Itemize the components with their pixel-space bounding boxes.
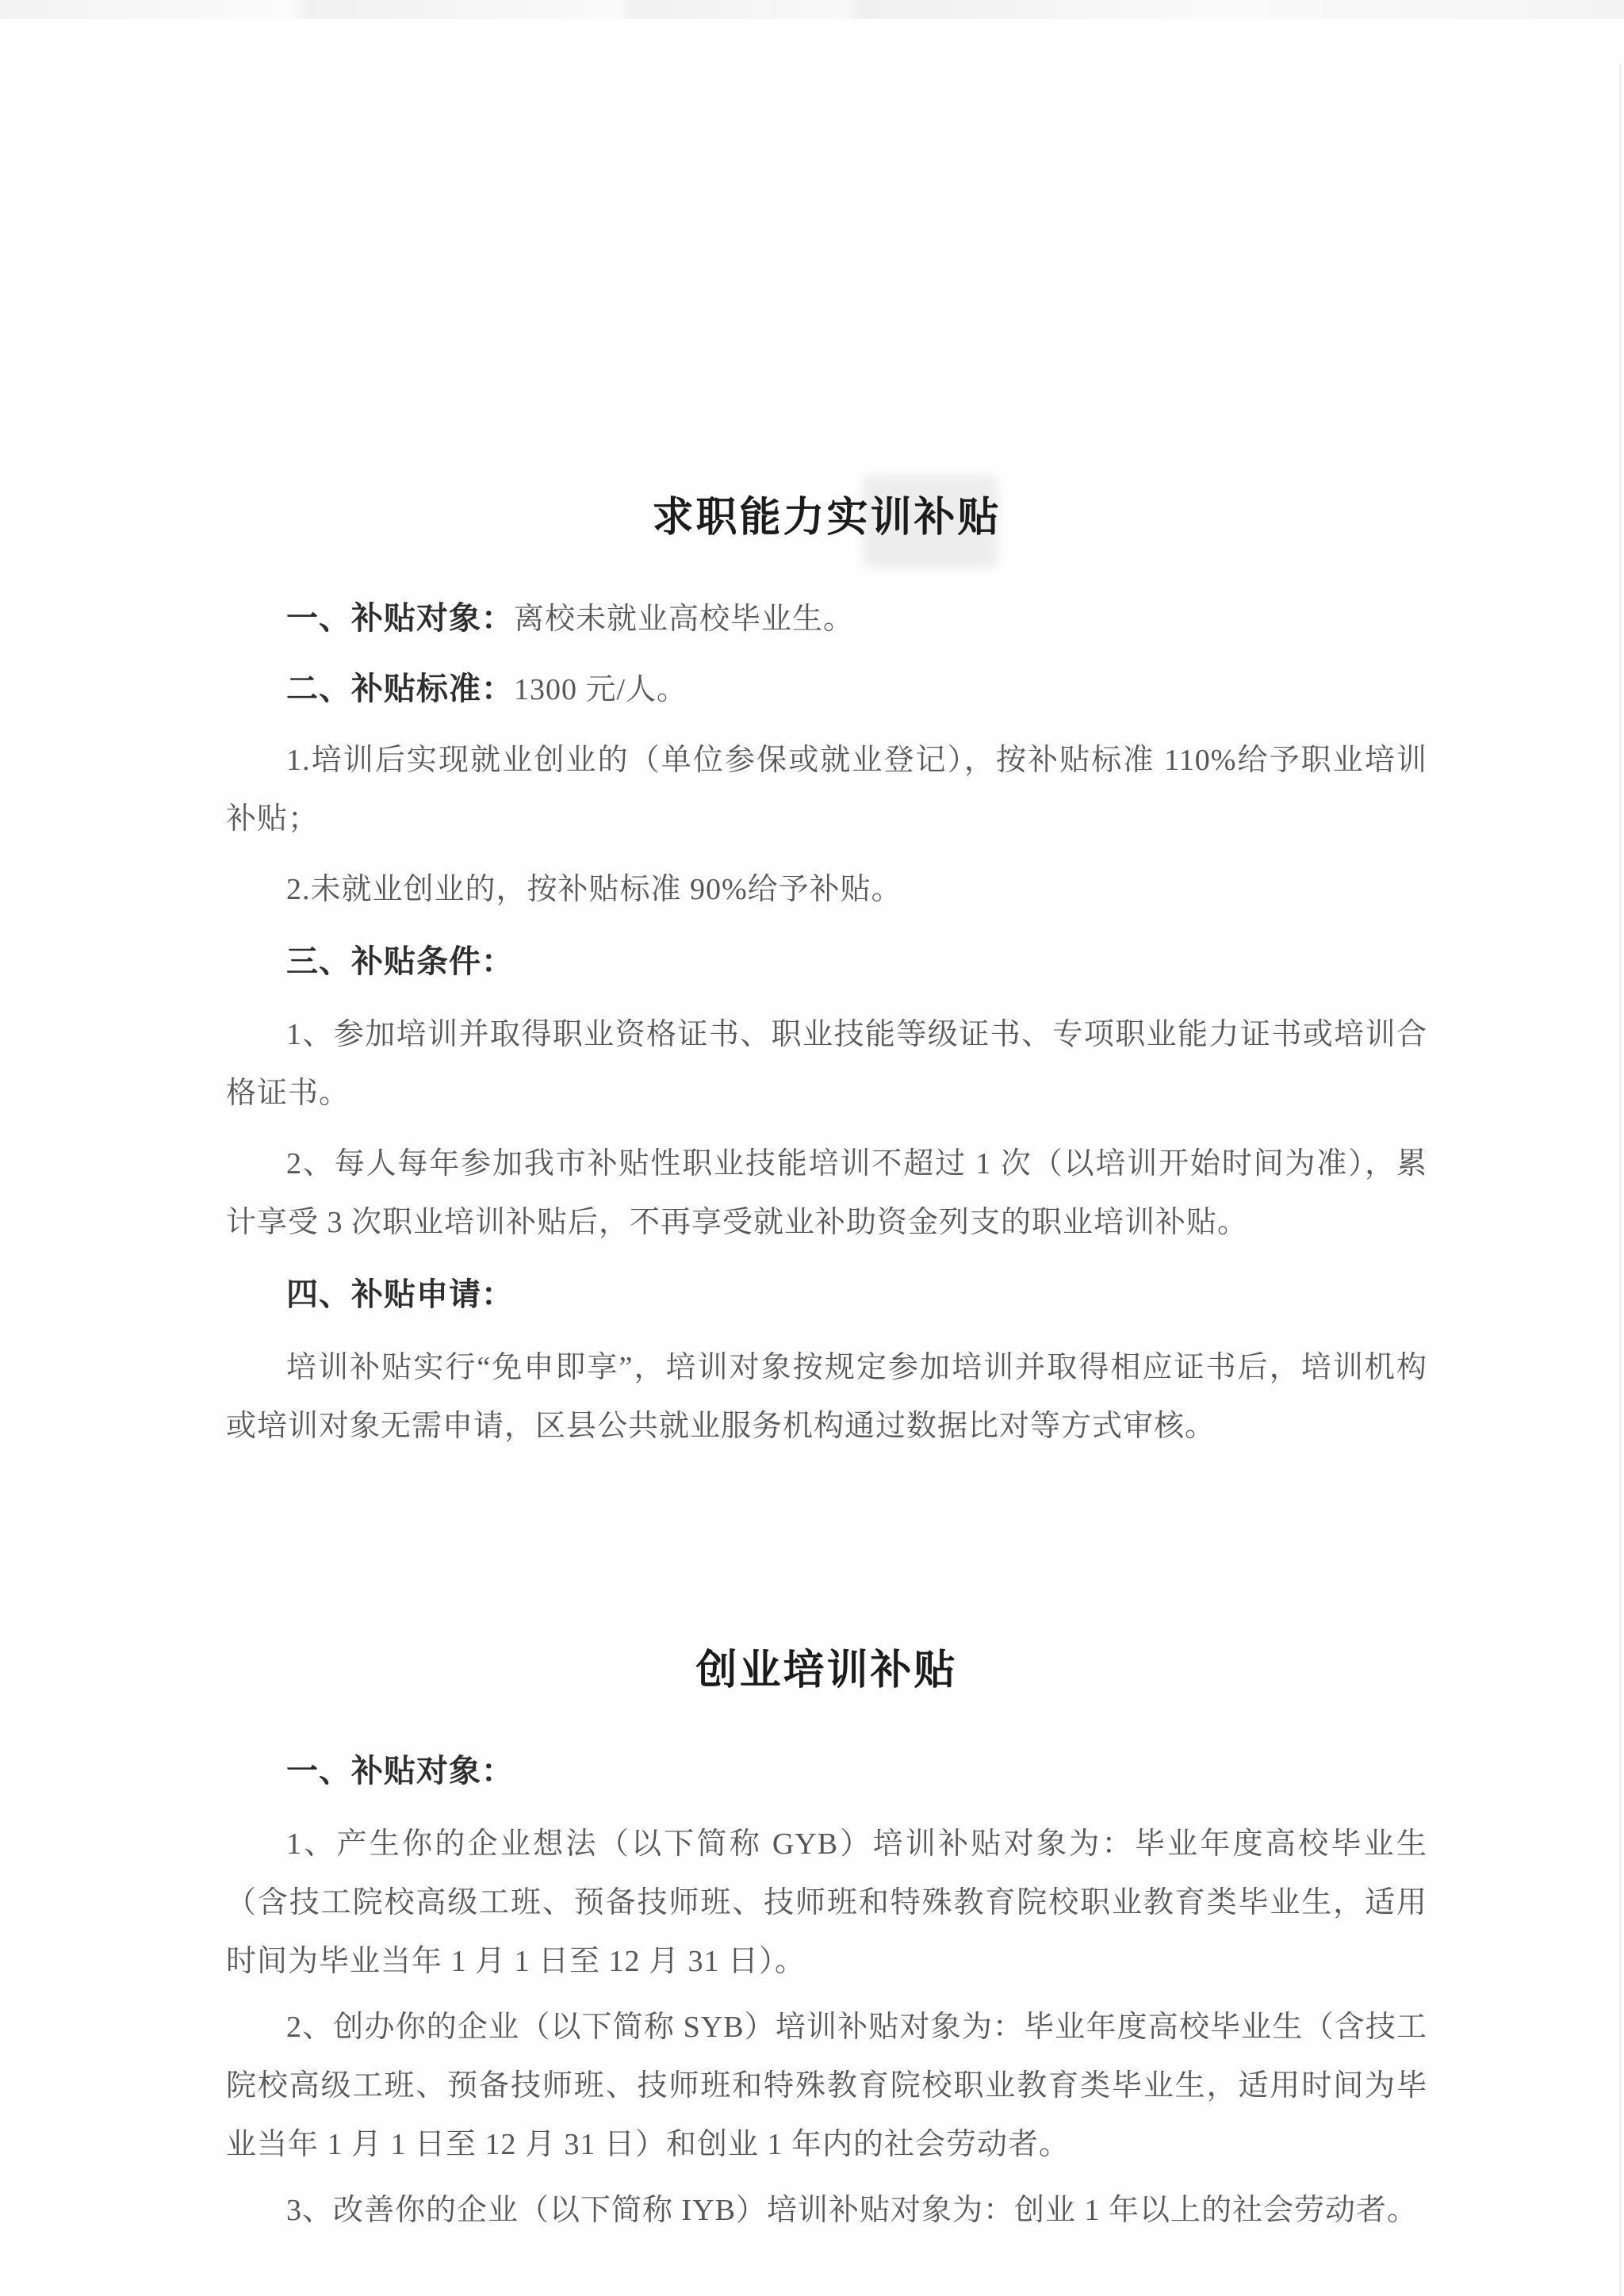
section-job-seeking-training-subsidy: 求职能力实训补贴 一、补贴对象：离校未就业高校毕业生。 二、补贴标准：1300 … — [226, 484, 1427, 1456]
section2-title: 创业培训补贴 — [226, 1636, 1427, 1696]
subsidy-conditions-heading-line: 三、补贴条件： — [226, 932, 1427, 992]
application-procedure-paragraph: 培训补贴实行“免申即享”，培训对象按规定参加培训并取得相应证书后，培训机构或培训… — [226, 1338, 1427, 1456]
subsidy-standard-label: 二、补贴标准： — [286, 672, 514, 706]
document-content: 求职能力实训补贴 一、补贴对象：离校未就业高校毕业生。 二、补贴标准：1300 … — [226, 0, 1427, 2247]
scan-artifact-right-edge — [1619, 63, 1622, 2296]
condition-1-paragraph: 1、参加培训并取得职业资格证书、职业技能等级证书、专项职业能力证书或培训合格证书… — [226, 1005, 1427, 1123]
subsidy-target-text: 离校未就业高校毕业生。 — [514, 603, 854, 636]
section-entrepreneurship-training-subsidy: 创业培训补贴 一、补贴对象： 1、产生你的企业想法（以下简称 GYB）培训补贴对… — [226, 1636, 1427, 2240]
syb-target-paragraph: 2、创办你的企业（以下简称 SYB）培训补贴对象为：毕业年度高校毕业生（含技工院… — [226, 1998, 1427, 2174]
section2-target-heading-line: 一、补贴对象： — [226, 1742, 1427, 1801]
subsidy-standard-text: 1300 元/人。 — [514, 673, 688, 706]
subsidy-target-label: 一、补贴对象： — [286, 601, 514, 636]
standard-detail-employed-paragraph: 1.培训后实现就业创业的（单位参保或就业登记），按补贴标准 110%给予职业培训… — [226, 731, 1427, 848]
gyb-target-paragraph: 1、产生你的企业想法（以下简称 GYB）培训补贴对象为：毕业年度高校毕业生（含技… — [226, 1815, 1427, 1991]
standard-detail-unemployed-paragraph: 2.未就业创业的，按补贴标准 90%给予补贴。 — [226, 860, 1427, 919]
subsidy-standard-line: 二、补贴标准：1300 元/人。 — [226, 660, 1427, 719]
subsidy-application-heading-line: 四、补贴申请： — [226, 1265, 1427, 1325]
section1-title: 求职能力实训补贴 — [226, 484, 1427, 543]
subsidy-application-label: 四、补贴申请： — [286, 1277, 514, 1312]
scanned-document-page: 求职能力实训补贴 一、补贴对象：离校未就业高校毕业生。 二、补贴标准：1300 … — [0, 0, 1624, 2296]
subsidy-target-line: 一、补贴对象：离校未就业高校毕业生。 — [226, 589, 1427, 649]
section2-target-label: 一、补贴对象： — [286, 1754, 514, 1789]
condition-2-paragraph: 2、每人每年参加我市补贴性职业技能培训不超过 1 次（以培训开始时间为准），累计… — [226, 1135, 1427, 1252]
iyb-target-paragraph: 3、改善你的企业（以下简称 IYB）培训补贴对象为：创业 1 年以上的社会劳动者… — [226, 2181, 1427, 2240]
subsidy-conditions-label: 三、补贴条件： — [286, 944, 514, 979]
